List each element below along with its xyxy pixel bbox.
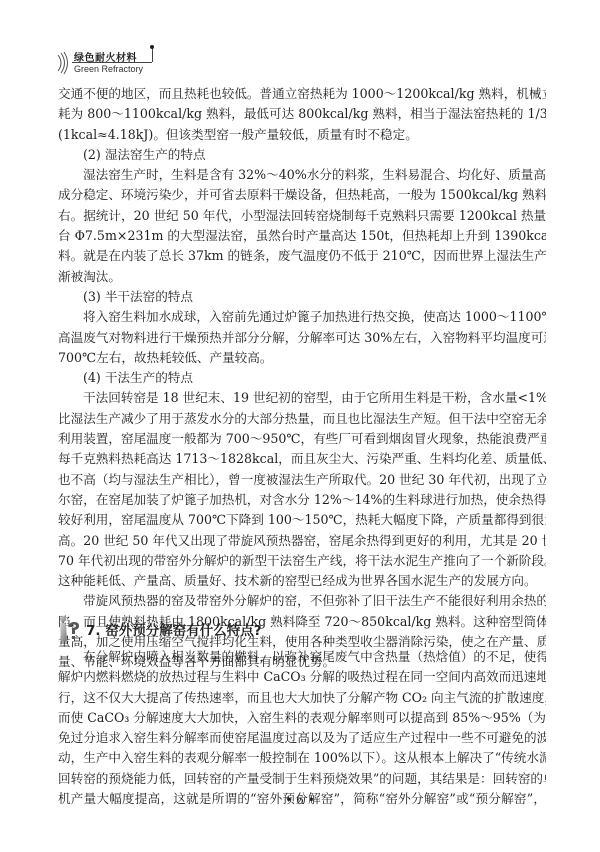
text-line: 将入窑生料加水成球，入窑前先通过炉篦子加热进行热交换，使高达 1000～1100… — [58, 307, 546, 327]
section-title: 7. 窑外预分解窑有什么特点? — [86, 619, 262, 639]
text-line: 这种能耗低、产量高、质量好、技术新的窑型已经成为世界各国水泥生产的发展方向。 — [58, 571, 546, 591]
text-line: 回转窑的预烧能力低，回转窑的产量受制于生料预烧效果”的问题，其结果是：回转窑的单 — [58, 769, 546, 789]
text-line: 湿法窑生产时，生料是含有 32%～40%水分的料浆，生料易混合、均化好、质量高、 — [58, 165, 546, 185]
signal-arcs-icon — [56, 51, 70, 75]
text-line: 尔窑，在窑尾加装了炉篦子加热机，对含水分 12%～14%的生料球进行加热，使余热… — [58, 490, 546, 510]
text-line: 台 Φ7.5m×231m 的大型湿法窑，虽然台时产量高达 150t，但热耗却上升… — [58, 226, 546, 246]
text-line: 带旋风预热器的窑及带窑外分解炉的窑，不但弥补了旧干法生产不能很好利用余热的缺 — [58, 591, 546, 611]
text-line: 耗为 800～1100kcal/kg 熟料，最低可达 800kcal/kg 熟料… — [58, 104, 546, 124]
subheading-dry-process: (4) 干法生产的特点 — [58, 368, 546, 388]
logo-divider — [72, 62, 152, 63]
question-person-icon — [58, 615, 82, 643]
section-7-body: 在分解炉内喷入相当数量的燃料，以弥补窑尾废气中含热量（热焓值）的不足，使得分 解… — [58, 647, 546, 809]
text-line: 高温废气对物料进行干燥预热并部分分解，分解率可达 30%左右，入窑物料平均温度可… — [58, 328, 546, 348]
text-line: 动，生产中入窑生料的表观分解率一般控制在 100%以下）。这从根本上解决了“传统… — [58, 748, 546, 768]
text-line: (1kcal≈4.18kJ)。但该类型窑一般产量较低，质量有时不稳定。 — [58, 125, 546, 145]
subheading-wet-kiln: (2) 湿法窑生产的特点 — [58, 145, 546, 165]
page-body: 交通不便的地区，而且热耗也较低。普通立窑热耗为 1000～1200kcal/kg… — [58, 84, 546, 673]
text-line: 免过分追求入窑生料分解率而使窑尾温度过高以及为了适应生产过程中一些不可避免的波 — [58, 728, 546, 748]
logo-english-text: Green Refractory — [74, 64, 143, 74]
text-line: 比湿法生产减少了用于蒸发水分的大部分热量，而且也比湿法生产短。但干法中空窑无余热 — [58, 409, 546, 429]
text-line: 700℃左右，故热耗较低、产量较高。 — [58, 348, 546, 368]
paragraph-wet-kiln: 湿法窑生产时，生料是含有 32%～40%水分的料浆，生料易混合、均化好、质量高、… — [58, 165, 546, 287]
text-line: 右。据统计，20 世纪 50 年代，小型湿法回转窑烧制每千克熟料只需要 1200… — [58, 206, 546, 226]
header-logo: 绿色耐火材料 Green Refractory — [56, 47, 156, 79]
text-line: 干法回转窑是 18 世纪末、19 世纪初的窑型，由于它所用生料是干粉，含水量<1… — [58, 388, 546, 408]
text-line: 成分稳定、环境污染少，并可省去原料干燥设备，但热耗高，一般为 1500kcal/… — [58, 185, 546, 205]
text-line: 70 年代初出现的带窑外分解炉的新型干法窑生产线，将干法水泥生产推向了一个新阶段… — [58, 551, 546, 571]
paragraph-semi-dry-kiln: 将入窑生料加水成球，入窑前先通过炉篦子加热进行热交换，使高达 1000～1100… — [58, 307, 546, 368]
logo-vertical-bar — [152, 47, 153, 62]
text-line: 每千克熟料热耗高达 1713～1828kcal，而且灰尘大、污染严重、生料均化差… — [58, 449, 546, 469]
logo-dot — [150, 45, 154, 49]
paragraph-vertical-kiln-end: 交通不便的地区，而且热耗也较低。普通立窑热耗为 1000～1200kcal/kg… — [58, 84, 546, 145]
text-line: 而使 CaCO₃ 分解速度大大加快，入窑生料的表观分解率则可以提高到 85%～9… — [58, 708, 546, 728]
text-line: 高。20 世纪 50 年代又出现了带旋风预热器窑，窑尾余热得到更好的利用，尤其是… — [58, 531, 546, 551]
text-line: 解炉内燃料燃烧的放热过程与生料中 CaCO₃ 分解的吸热过程在同一空间内高效而迅… — [58, 667, 546, 687]
text-line: 也不高（均与湿法生产相比），曾一度被湿法生产所取代。20 世纪 30 年代初，出… — [58, 470, 546, 490]
text-line: 渐被淘汰。 — [58, 267, 546, 287]
text-line: 料。就是在内装了总长 37km 的链条，废气温度仍不低于 210℃，因而世界上湿… — [58, 246, 546, 266]
text-line: 交通不便的地区，而且热耗也较低。普通立窑热耗为 1000～1200kcal/kg… — [58, 84, 546, 104]
text-line: 较好利用，窑尾温度从 700℃下降到 100～150℃，热耗大幅度下降，产质量都… — [58, 510, 546, 530]
text-line: 利用装置，窑尾温度一般都为 700～950℃，有些厂可看到烟囱冒火现象，热能浪费… — [58, 429, 546, 449]
paragraph-dry-process: 干法回转窑是 18 世纪末、19 世纪初的窑型，由于它所用生料是干粉，含水量<1… — [58, 388, 546, 591]
page-number: • 6 • — [0, 793, 600, 807]
section-heading-7: 7. 窑外预分解窑有什么特点? — [58, 615, 262, 643]
text-line: 在分解炉内喷入相当数量的燃料，以弥补窑尾废气中含热量（热焓值）的不足，使得分 — [58, 647, 546, 667]
subheading-semi-dry-kiln: (3) 半干法窑的特点 — [58, 287, 546, 307]
text-line: 行，这不仅大大提高了传热速率，而且也大大加快了分解产物 CO₂ 向主气流的扩散速… — [58, 688, 546, 708]
